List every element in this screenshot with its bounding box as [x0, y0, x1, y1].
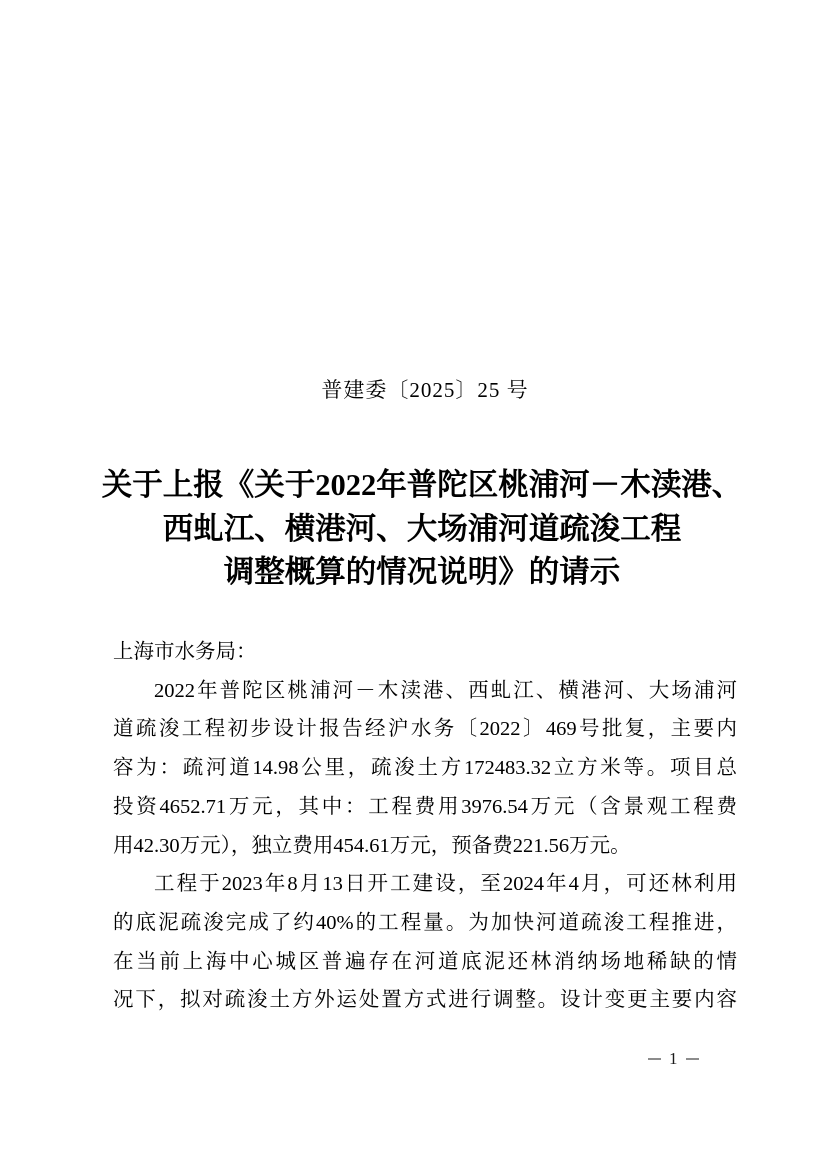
page-number-dash-left [648, 1058, 661, 1060]
paragraph2-line-1: 工程于2023年8月13日开工建设，至2024年4月，可还林利用 [113, 865, 737, 904]
document-body: 上海市水务局： 2022年普陀区桃浦河－木渎港、西虬江、横港河、大场浦河 道疏浚… [113, 633, 737, 1020]
paragraph1-line-2: 道疏浚工程初步设计报告经沪水务〔2022〕469号批复，主要内 [113, 710, 737, 749]
document-reference-number: 普建委〔2025〕25 号 [113, 377, 737, 403]
title-line-2: 西虬江、横港河、大场浦河道疏浚工程 [163, 508, 682, 552]
document-page: 普建委〔2025〕25 号 关于上报《关于2022年普陀区桃浦河－木渎港、 西虬… [0, 0, 826, 1169]
salutation-line: 上海市水务局： [113, 633, 737, 672]
page-number: 1 [648, 1050, 699, 1067]
paragraph1-line-5: 用42.30万元），独立费用454.61万元，预备费221.56万元。 [113, 827, 737, 866]
paragraph2-line-2: 的底泥疏浚完成了约40%的工程量。为加快河道疏浚工程推进， [113, 904, 737, 943]
document-title: 关于上报《关于2022年普陀区桃浦河－木渎港、 西虬江、横港河、大场浦河道疏浚工… [92, 464, 752, 595]
paragraph1-line-4: 投资4652.71万元，其中：工程费用3976.54万元（含景观工程费 [113, 788, 737, 827]
paragraph2-line-3: 在当前上海中心城区普遍存在河道底泥还林消纳场地稀缺的情 [113, 943, 737, 982]
paragraph1-line-3: 容为：疏河道14.98公里，疏浚土方172483.32立方米等。项目总 [113, 749, 737, 788]
page-number-dash-right [686, 1058, 699, 1060]
title-line-1: 关于上报《关于2022年普陀区桃浦河－木渎港、 [102, 464, 743, 508]
title-line-3: 调整概算的情况说明》的请示 [224, 551, 621, 595]
page-number-value: 1 [669, 1050, 678, 1067]
paragraph1-line-1: 2022年普陀区桃浦河－木渎港、西虬江、横港河、大场浦河 [113, 672, 737, 711]
paragraph2-line-4: 况下，拟对疏浚土方外运处置方式进行调整。设计变更主要内容 [113, 981, 737, 1020]
